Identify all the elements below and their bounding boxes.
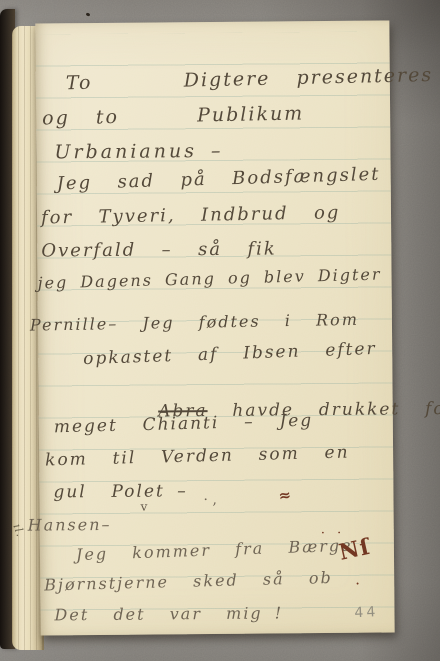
red-ink-flourish: Nſ xyxy=(337,534,373,566)
notebook-page: To Digtere presenteres og to Publikum Ur… xyxy=(35,20,394,635)
handwriting-line: opkastet af Ibsen efter xyxy=(83,340,377,369)
edge-ink-bleed: ıl. xyxy=(10,522,27,539)
handwriting-line: Overfald – så fik xyxy=(41,239,277,261)
manuscript-photo: ıl. To Digtere presenteres og to Publiku… xyxy=(0,0,440,661)
handwriting-line: Urbanianus – xyxy=(54,141,223,163)
handwriting-line: Pernille– Jeg fødtes i Rom xyxy=(30,311,359,334)
handwriting-line: for Tyveri, Indbrud og xyxy=(41,203,341,228)
handwriting-line: gul Polet – xyxy=(53,482,187,502)
handwriting-line: Det det var mig ! xyxy=(54,604,283,624)
handwriting-line: To Digtere presenteres xyxy=(66,65,434,94)
insertion-caret-mark: v xyxy=(140,500,147,514)
page-number-pencil: 44 xyxy=(354,604,379,621)
gray-ink-dots: · ‚ xyxy=(203,492,216,508)
handwriting-line: kom til Verden som en xyxy=(45,444,350,471)
dust-speck xyxy=(86,12,91,16)
handwriting-line: Bjørnstjerne sked så ob xyxy=(44,569,333,594)
red-ink-dot: · xyxy=(355,575,360,593)
handwriting-line: jeg Dagens Gang og blev Digter xyxy=(37,266,381,293)
red-ink-squiggle: ≈ xyxy=(277,486,292,506)
handwriting-line: Jeg kommer fra Bærge xyxy=(76,537,353,564)
handwriting-line: Hansen– xyxy=(28,516,112,534)
handwriting-line: og to Publikum xyxy=(42,103,304,129)
handwriting-line: Jeg sad på Bodsfængslet xyxy=(56,165,380,194)
